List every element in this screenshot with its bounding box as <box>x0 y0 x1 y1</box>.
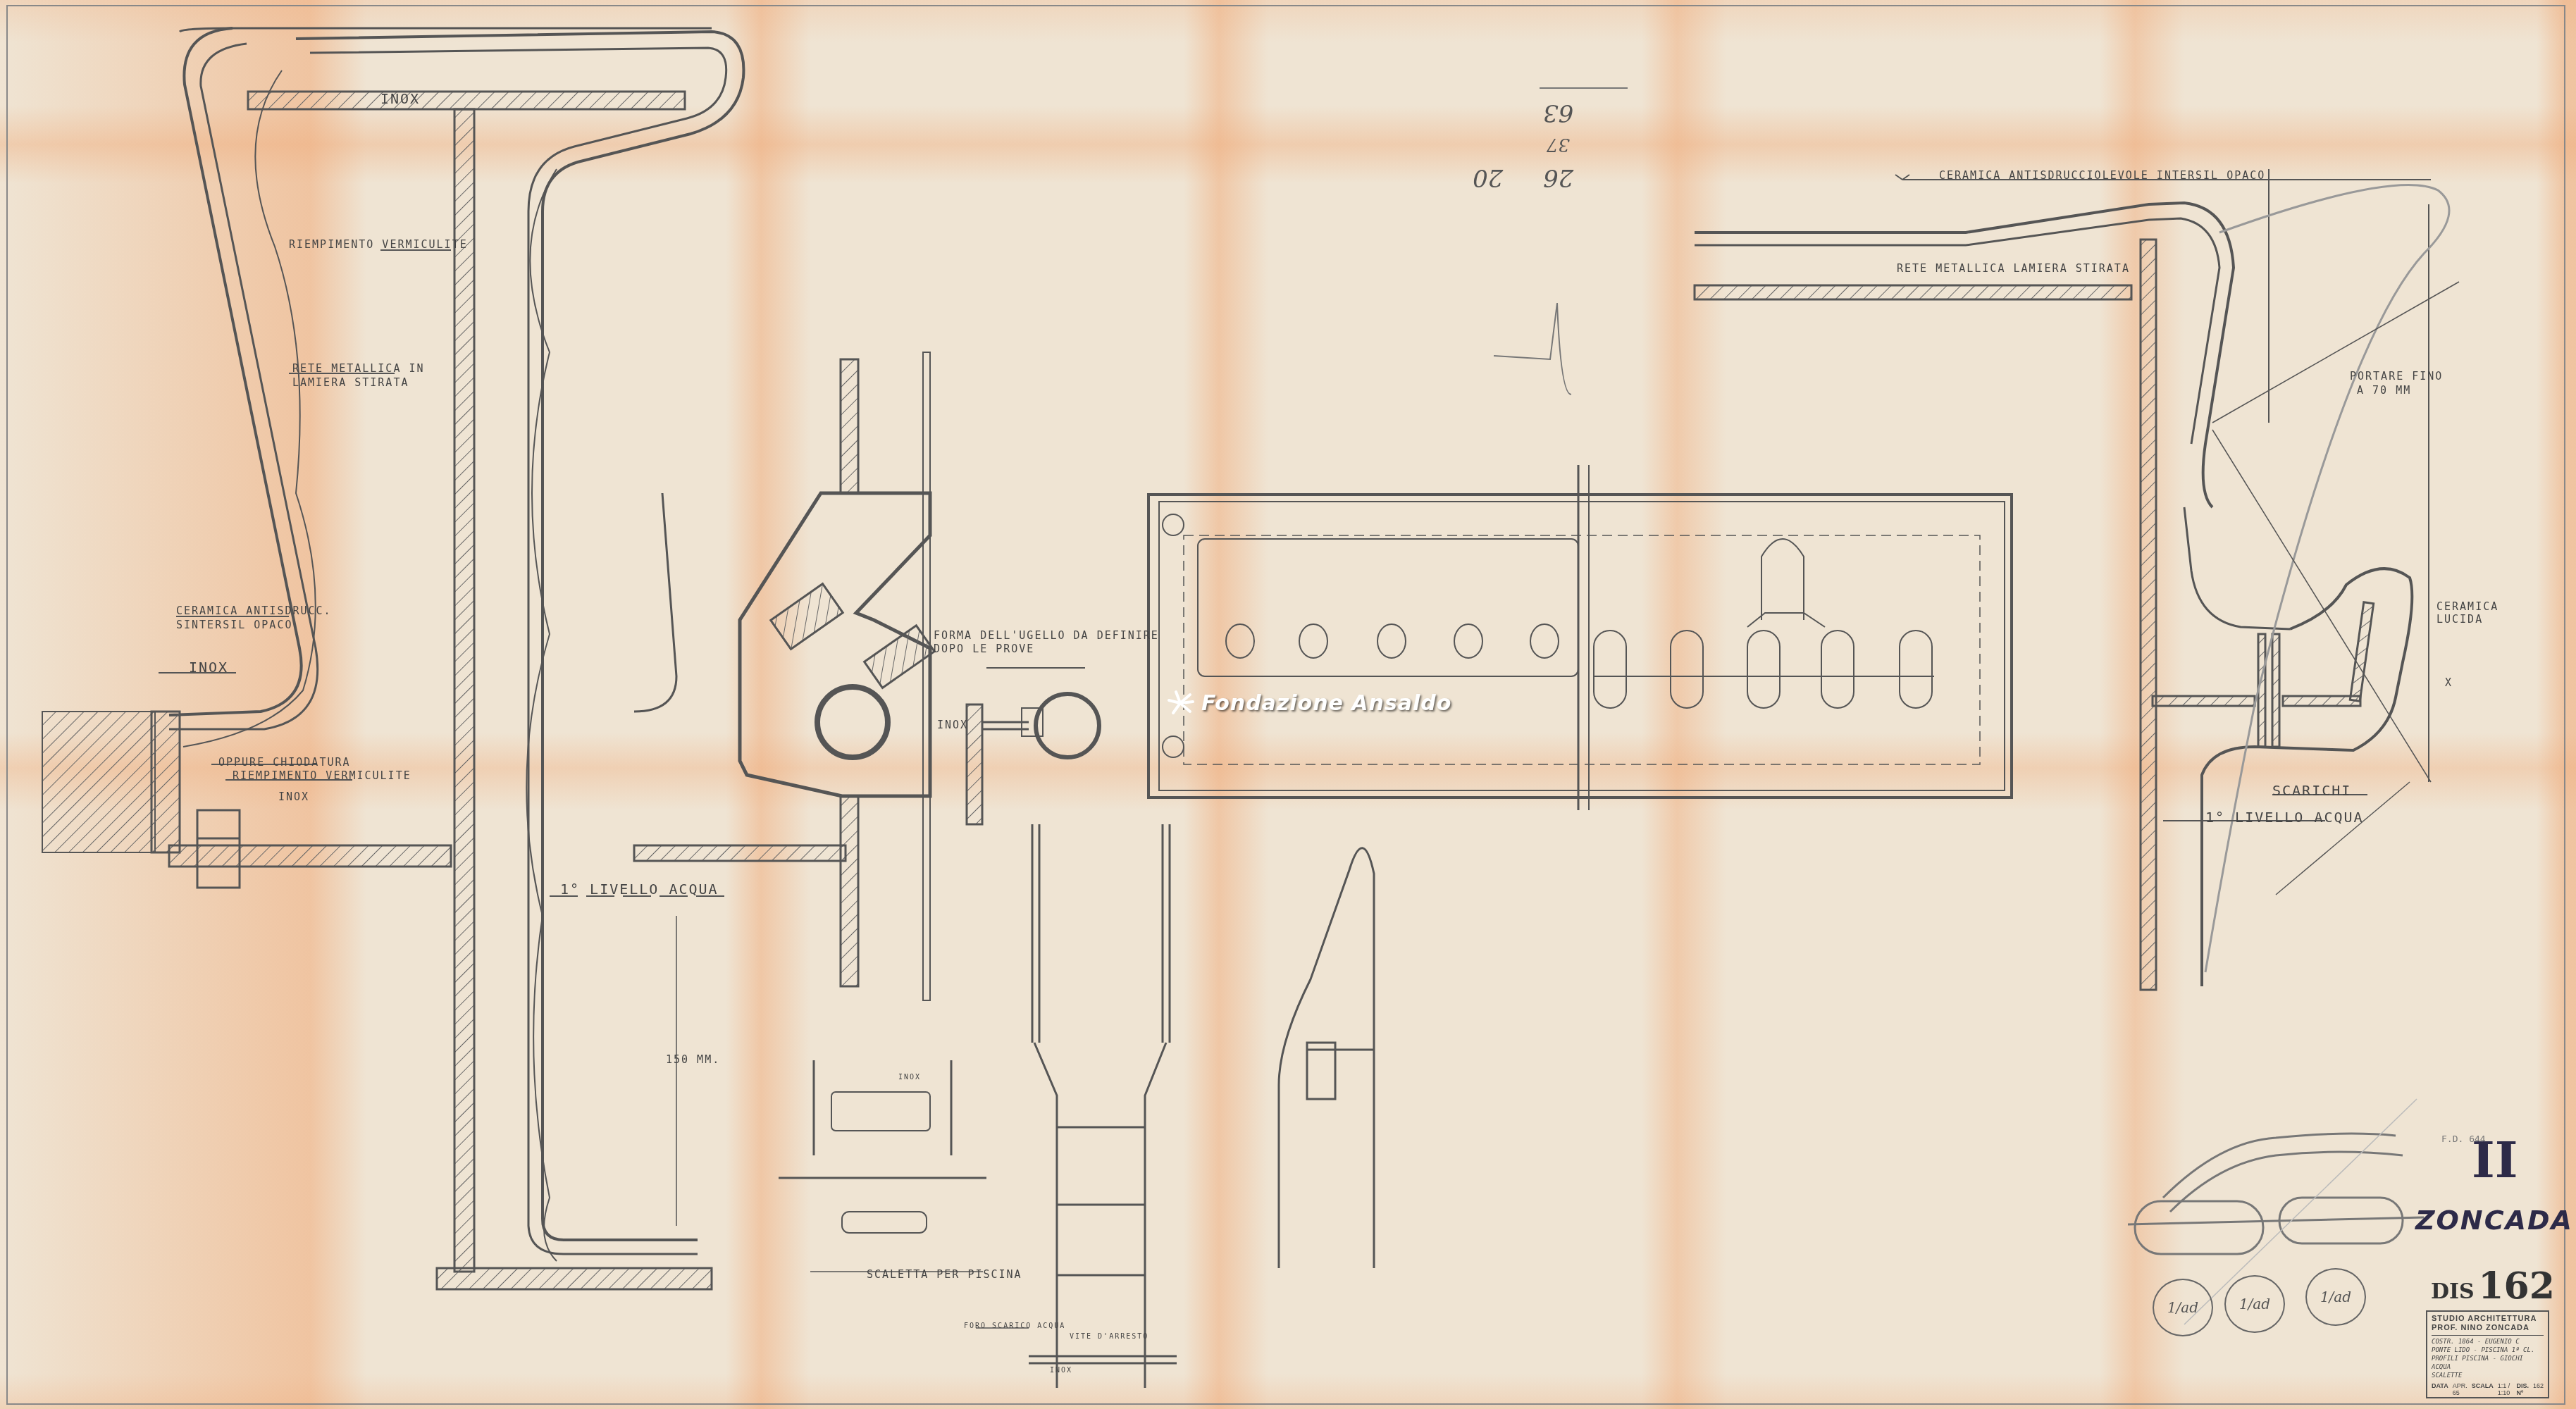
fondazione-ansaldo-watermark: Fondazione Ansaldo <box>1166 689 1451 717</box>
label-ceramica-antisdrucc: CERAMICA ANTISDRUCC. <box>176 604 332 617</box>
label-ceramica-right: CERAMICA ANTISDRUCCIOLEVOLE INTERSIL OPA… <box>1939 169 2265 182</box>
dis-no-value: 162 <box>2533 1382 2544 1389</box>
label-inox-ladder: INOX <box>898 1074 921 1081</box>
label-dim-x: X <box>2445 676 2453 689</box>
desc-line-3: PROFILI PISCINA - GIOCHI ACQUA <box>2432 1355 2544 1372</box>
scala-label: SCALA <box>2472 1382 2494 1389</box>
label-lucida: LUCIDA <box>2436 613 2483 626</box>
approval-circle-1: 1/ad <box>2153 1279 2213 1336</box>
label-inox-nozzle: INOX <box>937 719 968 731</box>
water-games-plan <box>1148 465 2012 810</box>
sketch-number-20: 20 <box>1473 163 1503 192</box>
label-a-70mm: A 70 mm <box>2357 384 2411 397</box>
pool-ladder-views <box>779 824 1374 1388</box>
data-value: APR. 65 <box>2453 1382 2467 1396</box>
fan-logo-icon <box>1166 689 1194 717</box>
sketch-number-37: 37 <box>1547 134 1570 155</box>
label-scaletta-per-piscina: SCALETTA PER PISCINA <box>867 1268 1022 1281</box>
scala-value: 1:1 / 1:10 <box>2498 1382 2513 1396</box>
studio-line-2: PROF. NINO ZONCADA <box>2432 1324 2544 1333</box>
label-scarichi: SCARICHI <box>2272 782 2351 799</box>
desc-line-1: COSTR. 1864 - EUGENIO C <box>2432 1338 2544 1346</box>
label-sintersil-opaco: SINTERSIL OPACO <box>176 619 292 631</box>
dis-number: 162 <box>2478 1265 2555 1308</box>
label-lamiera-stirata: LAMIERA STIRATA <box>292 376 409 389</box>
dis-no-label: DIS. Nº <box>2516 1382 2529 1396</box>
title-divider <box>2432 1335 2544 1336</box>
drawing-number-stamp: DIS 162 <box>2431 1265 2555 1308</box>
sketch-number-26: 26 <box>1543 163 1573 192</box>
label-vite-arresto: VITE D'ARRESTO <box>1070 1333 1148 1341</box>
roman-numeral-stamp: II <box>2472 1131 2518 1189</box>
label-portare-fino: PORTARE FINO <box>2350 370 2443 383</box>
label-oppure-chiodatura: OPPURE CHIODATURA <box>218 756 351 769</box>
label-forma-ugello: FORMA DELL'UGELLO DA DEFINIRE <box>934 629 1159 642</box>
label-inox-ladder-bottom: INOX <box>1050 1367 1072 1374</box>
data-label: DATA <box>2432 1382 2448 1389</box>
sketch-number-63: 63 <box>1543 99 1573 127</box>
title-footer: DATA APR. 65 SCALA 1:1 / 1:10 DIS. Nº 16… <box>2432 1382 2544 1396</box>
desc-line-2: PONTE LIDO - PISCINA 1ª CL. <box>2432 1346 2544 1355</box>
left-pool-profile <box>42 28 743 1289</box>
approval-circle-3: 1/ad <box>2305 1268 2366 1326</box>
dis-prefix: DIS <box>2431 1279 2475 1304</box>
label-1-livello-acqua: 1° LIVELLO ACQUA <box>560 881 719 898</box>
label-inox-top: INOX <box>380 90 420 107</box>
right-pool-profile <box>1695 169 2459 990</box>
label-150mm: 150 mm. <box>666 1053 720 1066</box>
label-inox-left-bottom: INOX <box>278 790 309 803</box>
label-riempimento-vermiculite: RIEMPIMENTO VERMICULITE <box>289 238 468 251</box>
label-riempimento-left: RIEMPIMENTO VERMICULITE <box>233 769 411 782</box>
label-dopo-le-prove: DOPO LE PROVE <box>934 643 1034 655</box>
studio-line-1: STUDIO ARCHITETTURA <box>2432 1315 2544 1324</box>
label-ceramica-lucida: CERAMICA <box>2436 600 2498 613</box>
label-livello-acqua-right: 1° LIVELLO ACQUA <box>2205 809 2364 826</box>
label-rete-right: RETE METALLICA LAMIERA STIRATA <box>1897 262 2130 275</box>
desc-line-4: SCALETTE <box>2432 1372 2544 1380</box>
watermark-text: Fondazione Ansaldo <box>1201 691 1451 716</box>
label-inox-left: INOX <box>189 659 228 676</box>
label-rete-metallica: RETE METALLICA IN <box>292 362 425 375</box>
label-foro-scarico: FORO SCARICO ACQUA <box>964 1322 1065 1330</box>
nozzle-section <box>634 352 1099 1000</box>
zoncada-stamp: ZONCADA <box>2415 1205 2573 1236</box>
title-block: STUDIO ARCHITETTURA PROF. NINO ZONCADA C… <box>2426 1310 2549 1398</box>
approval-circle-2: 1/ad <box>2224 1275 2285 1333</box>
